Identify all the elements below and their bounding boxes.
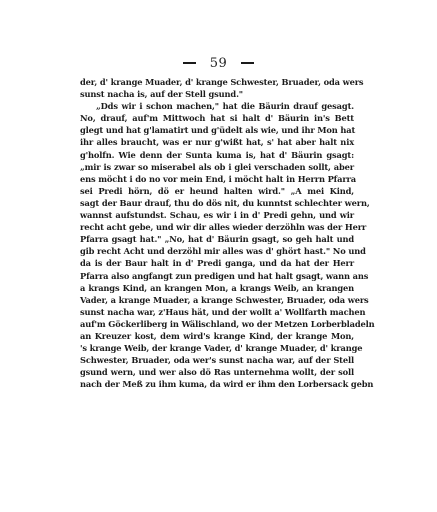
text-line: glegt und hat g'lamatirt und g'üdelt als… <box>80 124 354 136</box>
text-line: gsund wern, und wer also dö Ras unterneh… <box>80 366 354 378</box>
text-line: der, d' krange Muader, d' krange Schwest… <box>80 76 354 88</box>
text-line: Pfarra gsagt hat." „No, hat d' Bäurin gs… <box>80 233 354 245</box>
text-line: ihr alles braucht, was er nur g'wißt hat… <box>80 136 354 148</box>
text-line: No, drauf, auf'm Mittwoch hat si halt d'… <box>80 112 354 124</box>
text-line: Pfarra also angfangt zun predigen und ha… <box>80 270 354 282</box>
text-line: g'holfn. Wie denn der Sunta kuma is, hat… <box>80 149 354 161</box>
text-line: ens möcht i do no vor mein End, i möcht … <box>80 173 354 185</box>
page-body-text: der, d' krange Muader, d' krange Schwest… <box>80 76 354 390</box>
text-line: „mir is zwar so miserabel als ob i glei … <box>80 161 354 173</box>
text-line: recht acht gebe, und wir dir alles wiede… <box>80 221 354 233</box>
book-page: 59 der, d' krange Muader, d' krange Schw… <box>0 0 437 512</box>
text-line: an Kreuzer kost, dem wird's krange Kind,… <box>80 330 354 342</box>
text-line: da is der Baur halt in d' Predi ganga, u… <box>80 257 354 269</box>
page-header: 59 <box>0 55 437 71</box>
text-line: a krangs Kind, an krangen Mon, a krangs … <box>80 282 354 294</box>
text-line: gib recht Acht und derzöhl mir alles was… <box>80 245 354 257</box>
text-line: Schwester, Bruader, oda wer's sunst nach… <box>80 354 354 366</box>
text-line: nach der Meß zu ihm kuma, da wird er ihm… <box>80 378 354 390</box>
text-line: sunst nacha war, z'Haus hät, und der wol… <box>80 306 354 318</box>
text-line: sagt der Baur drauf, thu do dös nit, du … <box>80 197 354 209</box>
header-dash-left <box>183 62 196 64</box>
header-dash-right <box>241 62 254 64</box>
text-line: sunst nacha is, auf der Stell gsund." <box>80 88 354 100</box>
text-line: 's krange Weib, der krange Vader, d' kra… <box>80 342 354 354</box>
text-line: Vader, a krange Muader, a krange Schwest… <box>80 294 354 306</box>
page-number: 59 <box>210 56 228 71</box>
text-line: wannst aufstundst. Schau, es wir i in d'… <box>80 209 354 221</box>
text-line: auf'm Göckerliberg in Wälischland, wo de… <box>80 318 354 330</box>
text-line: „Dds wir i schon machen," hat die Bäurin… <box>80 100 354 112</box>
text-line: sei Predi hörn, dö er heund halten wird.… <box>80 185 354 197</box>
